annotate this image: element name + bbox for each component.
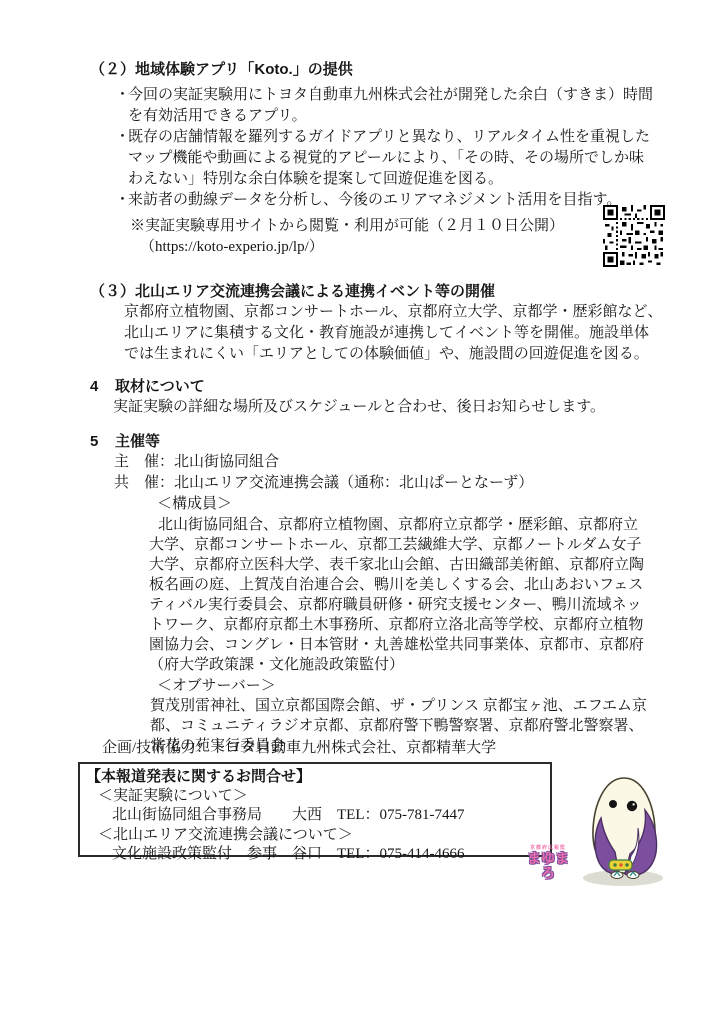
- member-line: 板名画の庭、上賀茂自治連合会、鴨川を美しくする会、北山あおいフェス: [149, 575, 644, 595]
- section4-body: 実証実験の詳細な場所及びスケジュールと合わせ、後日お知らせします。: [113, 397, 605, 418]
- section-number: 4: [90, 376, 115, 397]
- bullet-marker: ・: [115, 85, 130, 106]
- section2-heading: （２）地域体験アプリ「Koto.」の提供: [90, 59, 353, 80]
- section-number: 5: [90, 431, 115, 452]
- bullet-item: ・ 来訪者の動線データを分析し、今後のエリアマネジメント活用を目指す。: [115, 190, 645, 211]
- site-url: （https://koto-experio.jp/lp/）: [130, 237, 564, 258]
- bullet-line: マップ機能や動画による視覚的アピールにより、「その時、その場所でしか味: [128, 148, 645, 169]
- member-line: 大学、京都コンサートホール、京都工芸繊維大学、京都ノートルダム女子: [149, 535, 644, 555]
- bullet-line: 今回の実証実験用にトヨタ自動車九州株式会社が開発した余白（すきま）時間: [128, 85, 645, 106]
- section3-body: 京都府立植物園、京都コンサートホール、京都府立大学、京都学・歴彩館など、 北山エ…: [124, 302, 663, 365]
- body-line: 北山エリアに集積する文化・教育施設が連携してイベント等を開催。施設単体: [124, 323, 663, 344]
- bullet-item: ・ 今回の実証実験用にトヨタ自動車九州株式会社が開発した余白（すきま）時間 を有…: [115, 85, 645, 127]
- member-line: 北山街協同組合、京都府立植物園、京都府立京都学・歴彩館、京都府立: [149, 515, 644, 535]
- qr-code-icon: [603, 205, 665, 267]
- members-label: ＜構成員＞: [157, 494, 232, 515]
- qr-code: [603, 205, 665, 274]
- observer-line: 賀茂別雷神社、国立京都国際会館、ザ・プリンス 京都宝ヶ池、エフエム京: [150, 696, 647, 716]
- bullet-line: 来訪者の動線データを分析し、今後のエリアマネジメント活用を目指す。: [128, 190, 645, 211]
- note-block: ※実証実験専用サイトから閲覧・利用が可能（２月１０日公開） （https://k…: [130, 216, 564, 258]
- member-line: 園協力会、コングレ・日本管財・丸善雄松堂共同事業体、京都市、京都府: [149, 635, 644, 655]
- bullet-marker: ・: [115, 190, 130, 211]
- contact-detail: 文化施設政策監付 参事 谷口 TEL：075-414-4666: [86, 845, 550, 865]
- member-line: 大学、京都府立医科大学、表千家北山会館、古田織部美術館、京都府立陶: [149, 555, 644, 575]
- bullet-marker: ・: [115, 127, 130, 148]
- section-title: 取材について: [115, 376, 205, 397]
- bullet-item: ・ 既存の店舗情報を羅列するガイドアプリと異なり、リアルタイム性を重視した マッ…: [115, 127, 645, 190]
- member-line: ティバル実行委員会、京都府職員研修・研究支援センター、鴨川流域ネッ: [149, 595, 644, 615]
- section5-heading: 5 主催等: [90, 431, 160, 452]
- section-title: 主催等: [115, 431, 160, 452]
- mascot-character: [572, 772, 676, 895]
- bullet-line: を有効活用できるアプリ。: [128, 106, 645, 127]
- body-line: 京都府立植物園、京都コンサートホール、京都府立大学、京都学・歴彩館など、: [124, 302, 663, 323]
- section4-heading: 4 取材について: [90, 376, 205, 397]
- section2-bullets: ・ 今回の実証実験用にトヨタ自動車九州株式会社が開発した余白（すきま）時間 を有…: [115, 85, 645, 211]
- contact-box: 【本報道発表に関するお問合せ】 ＜実証実験について＞ 北山街協同組合事務局 大西…: [78, 762, 552, 857]
- bullet-line: わえない」特別な余白体験を提案して回遊促進を図る。: [128, 169, 645, 190]
- mascot-name: まゆまろ: [522, 851, 574, 881]
- mascot-logo: 京都府広報監 まゆまろ: [522, 845, 574, 881]
- bullet-line: 既存の店舗情報を羅列するガイドアプリと異なり、リアルタイム性を重視した: [128, 127, 645, 148]
- body-line: では生まれにくい「エリアとしての体験価値」や、施設間の回遊促進を図る。: [124, 344, 663, 365]
- document-page: （２）地域体験アプリ「Koto.」の提供 ・ 今回の実証実験用にトヨタ自動車九州…: [0, 0, 724, 1024]
- co-organizer-line: 共 催：北山エリア交流連携会議（通称：北山ぱーとなーず）: [114, 473, 533, 494]
- contact-topic: ＜北山エリア交流連携会議について＞: [86, 826, 550, 846]
- mascot-illustration-icon: [572, 772, 676, 888]
- contact-box-title: 【本報道発表に関するお問合せ】: [86, 767, 550, 787]
- contact-topic: ＜実証実験について＞: [86, 787, 550, 807]
- observer-line: 都、コミュニティラジオ京都、京都府警下鴨警察署、京都府警北警察署、: [150, 716, 647, 736]
- member-line: トワーク、京都府京都土木事務所、京都府立洛北高等学校、京都府立植物: [149, 615, 644, 635]
- cooperation-line: 企画/技術協力：トヨタ自動車九州株式会社、京都精華大学: [102, 738, 496, 759]
- member-line: （府大学政策課・文化施設政策監付）: [149, 655, 644, 675]
- contact-detail: 北山街協同組合事務局 大西 TEL：075-781-7447: [86, 806, 550, 826]
- section3-heading: （３）北山エリア交流連携会議による連携イベント等の開催: [90, 281, 495, 302]
- organizer-line: 主 催：北山街協同組合: [114, 452, 279, 473]
- note-text: ※実証実験専用サイトから閲覧・利用が可能（２月１０日公開）: [130, 216, 564, 237]
- members-list: 北山街協同組合、京都府立植物園、京都府立京都学・歴彩館、京都府立 大学、京都コン…: [149, 515, 644, 675]
- observers-label: ＜オブサーバー＞: [157, 676, 276, 697]
